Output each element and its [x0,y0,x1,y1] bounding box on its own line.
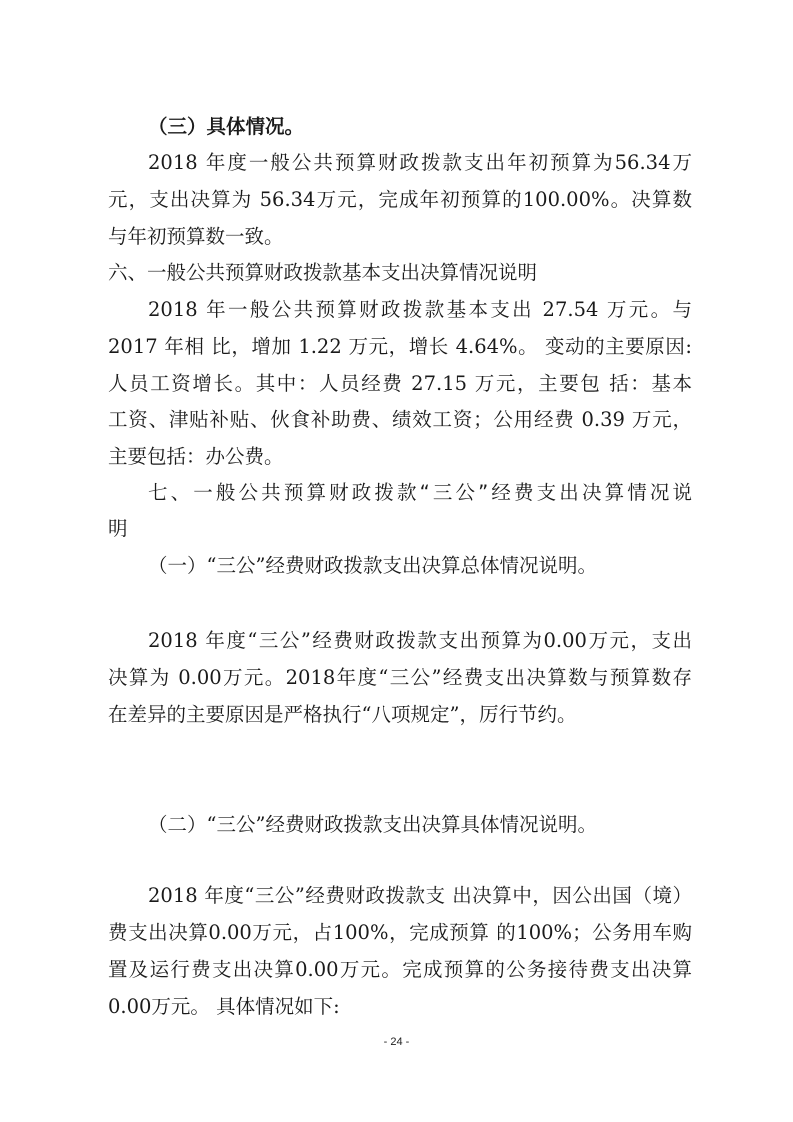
section-7-2-title: （二）“三公”经费财政拨款支出决算具体情况说明。 [148,813,692,837]
paragraph-line: 2018 年度“三公”经费财政拨款支 出决算中，因公出国（境） [148,884,692,908]
section-7-heading-cont: 明 [108,517,692,541]
paragraph-line: 费支出决算0.00万元，占100%，完成预算 的100%；公务用车购 [108,921,692,945]
document-page: （三）具体情况。 2018 年度一般公共预算财政拨款支出年初预算为56.34万 … [0,0,793,1122]
section-6-heading: 六、一般公共预算财政拨款基本支出决算情况说明 [108,261,692,285]
paragraph-line: 与年初预算数一致。 [108,225,692,249]
paragraph-line: 主要包括：办公费。 [108,445,692,469]
paragraph-line: 2018 年度一般公共预算财政拨款支出年初预算为56.34万 [148,151,692,175]
paragraph-line: 人员工资增长。其中：人员经费 27.15 万元，主要包 括：基本 [108,372,692,396]
paragraph-line: 在差异的主要原因是严格执行“八项规定”，厉行节约。 [108,703,692,727]
paragraph-line: 置及运行费支出决算0.00万元。完成预算的公务接待费支出决算 [108,958,692,982]
paragraph-line: 工资、津贴补贴、伙食补助费、绩效工资；公用经费 0.39 万元， [108,408,692,432]
paragraph-line: 元，支出决算为 56.34万元，完成年初预算的100.00%。决算数 [108,188,692,212]
section-7-1-title: （一）“三公”经费财政拨款支出决算总体情况说明。 [148,554,692,578]
paragraph-line: 0.00万元。 具体情况如下: [108,995,692,1019]
paragraph-line: 2018 年度“三公”经费财政拨款支出预算为0.00万元，支出 [148,629,692,653]
section-3-title: （三）具体情况。 [148,115,692,139]
paragraph-line: 2018 年一般公共预算财政拨款基本支出 27.54 万元。与 [148,298,692,322]
paragraph-line: 决算为 0.00万元。2018年度“三公”经费支出决算数与预算数存 [108,666,692,690]
paragraph-line: 2017 年相 比，增加 1.22 万元，增长 4.64%。 变动的主要原因: [108,335,692,359]
section-7-heading: 七、一般公共预算财政拨款“三公”经费支出决算情况说 [148,481,692,505]
page-number: - 24 - [0,1036,793,1048]
